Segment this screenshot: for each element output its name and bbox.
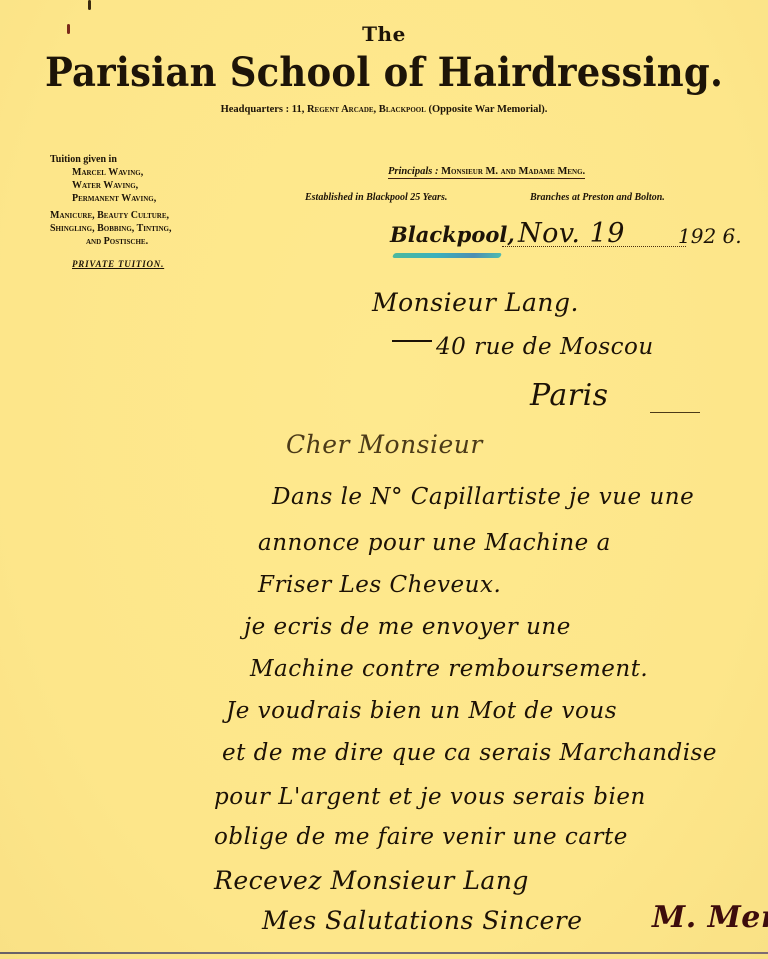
body-line: oblige de me faire venir une carte bbox=[214, 824, 628, 850]
bottom-edge-line bbox=[0, 952, 768, 954]
ink-speck bbox=[67, 24, 70, 34]
tuition-item: Shingling, Bobbing, Tinting, bbox=[50, 222, 171, 235]
tuition-list: Tuition given in Marcel Waving, Water Wa… bbox=[50, 153, 171, 271]
tuition-intro: Tuition given in bbox=[50, 153, 171, 166]
established-note: Established in Blackpool 25 Years. bbox=[305, 192, 447, 203]
headquarters-line: Headquarters : 11, Regent Arcade, Blackp… bbox=[0, 104, 768, 115]
dateline: Blackpool, Nov. 19 192 6. bbox=[390, 222, 760, 256]
letterhead-the: The bbox=[0, 22, 768, 46]
private-tuition: PRIVATE TUITION. bbox=[50, 258, 171, 271]
body-line: annonce pour une Machine a bbox=[258, 530, 611, 556]
date-year: 192 6. bbox=[678, 224, 742, 248]
signature: M. Meng. bbox=[652, 900, 768, 935]
body-line: Dans le N° Capillartiste je vue une bbox=[272, 484, 694, 510]
body-line: Je voudrais bien un Mot de vous bbox=[226, 698, 617, 724]
tuition-item: Permanent Waving, bbox=[50, 192, 171, 205]
principals-label: Principals : bbox=[388, 166, 438, 177]
tuition-item: Marcel Waving, bbox=[50, 166, 171, 179]
body-line: et de me dire que ca serais Marchandise bbox=[222, 740, 717, 766]
headquarters-note: (Opposite War Memorial). bbox=[429, 104, 548, 115]
salutation: Cher Monsieur bbox=[286, 430, 483, 459]
body-line: je ecris de me envoyer une bbox=[244, 614, 571, 640]
recipient-street: 40 rue de Moscou bbox=[436, 334, 654, 360]
date-month-day: Nov. 19 bbox=[518, 218, 625, 249]
closing-line-1: Recevez Monsieur Lang bbox=[214, 866, 529, 895]
closing-line-2: Mes Salutations Sincere bbox=[262, 906, 582, 935]
tuition-item: Manicure, Beauty Culture, bbox=[50, 209, 171, 222]
headquarters-address: 11, Regent Arcade, Blackpool bbox=[292, 104, 426, 115]
tuition-item: Water Waving, bbox=[50, 179, 171, 192]
address-dash bbox=[392, 340, 432, 342]
recipient-name: Monsieur Lang. bbox=[372, 288, 579, 317]
ink-speck bbox=[88, 0, 91, 10]
date-place: Blackpool, bbox=[390, 222, 515, 247]
branches-note: Branches at Preston and Bolton. bbox=[530, 192, 665, 203]
tuition-item: and Postische. bbox=[50, 235, 171, 248]
principals-line: Principals : Monsieur M. and Madame Meng… bbox=[388, 166, 585, 179]
headquarters-label: Headquarters : bbox=[221, 104, 290, 115]
recipient-city: Paris bbox=[530, 378, 609, 413]
blue-underline-mark bbox=[392, 253, 502, 258]
body-line: Friser Les Cheveux. bbox=[258, 572, 501, 598]
school-name-heading: Parisian School of Hairdressing. bbox=[0, 48, 768, 96]
body-line: pour L'argent et je vous serais bien bbox=[214, 784, 646, 810]
letter-page: The Parisian School of Hairdressing. Hea… bbox=[0, 0, 768, 959]
principals-names: Monsieur M. and Madame Meng. bbox=[441, 166, 585, 177]
body-line: Machine contre remboursement. bbox=[250, 656, 648, 682]
city-flourish bbox=[650, 412, 700, 413]
